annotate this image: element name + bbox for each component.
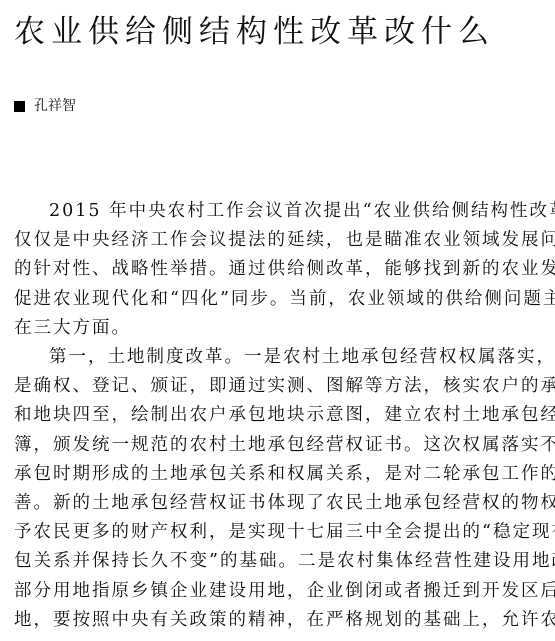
author-name: 孔祥智 bbox=[34, 96, 76, 116]
text-line: 促进农业现代化和“四化”同步。当前，农业领域的供给侧问题主要体现 bbox=[14, 285, 544, 314]
text-line: 是确权、登记、颁证，即通过实测、图解等方法，核实农户的承包地面积 bbox=[14, 372, 544, 401]
text-line: 在三大方面。 bbox=[14, 314, 544, 343]
article-title: 农业供给侧结构性改革改什么 bbox=[14, 12, 495, 52]
square-bullet-icon bbox=[14, 101, 25, 112]
text-line: 的针对性、战略性举措。通过供给侧改革，能够找到新的农业发展路径， bbox=[14, 255, 544, 284]
author-byline: 孔祥智 bbox=[14, 96, 76, 116]
text-line: 地，要按照中央有关政策的精神，在严格规划的基础上，允许农村集体经 bbox=[14, 606, 544, 635]
paragraph-1: 2015 年中央农村工作会议首次提出“农业供给侧结构性改革”，这不 仅仅是中央经… bbox=[14, 197, 544, 343]
text-line: 善。新的土地承包经营权证书体现了农民土地承包经营权的物权权能，赋 bbox=[14, 489, 544, 518]
text-line: 予农民更多的财产权利，是实现十七届三中全会提出的“稳定现有土地承 bbox=[14, 518, 544, 547]
article-body: 2015 年中央农村工作会议首次提出“农业供给侧结构性改革”，这不 仅仅是中央经… bbox=[14, 197, 544, 635]
text-line: 承包时期形成的土地承包关系和权属关系，是对二轮承包工作的进一步完 bbox=[14, 460, 544, 489]
text-line: 仅仅是中央经济工作会议提法的延续，也是瞄准农业领域发展问题所提出 bbox=[14, 226, 544, 255]
paragraph-2: 第一，土地制度改革。一是农村土地承包经营权权属落实，这里指的 是确权、登记、颁证… bbox=[14, 343, 544, 635]
text-line: 2015 年中央农村工作会议首次提出“农业供给侧结构性改革”，这不 bbox=[14, 197, 544, 226]
text-line: 簿，颁发统一规范的农村土地承包经营权证书。这次权属落实不改变二轮 bbox=[14, 431, 544, 460]
text-line: 包关系并保持长久不变”的基础。二是农村集体经营性建设用地改革，这 bbox=[14, 547, 544, 576]
text-line: 和地块四至，绘制出农户承包地块示意图，建立农村土地承包经营权登记 bbox=[14, 401, 544, 430]
text-line: 部分用地指原乡镇企业建设用地，企业倒闭或者搬迁到开发区后闲置的土 bbox=[14, 577, 544, 606]
text-line: 第一，土地制度改革。一是农村土地承包经营权权属落实，这里指的 bbox=[14, 343, 544, 372]
